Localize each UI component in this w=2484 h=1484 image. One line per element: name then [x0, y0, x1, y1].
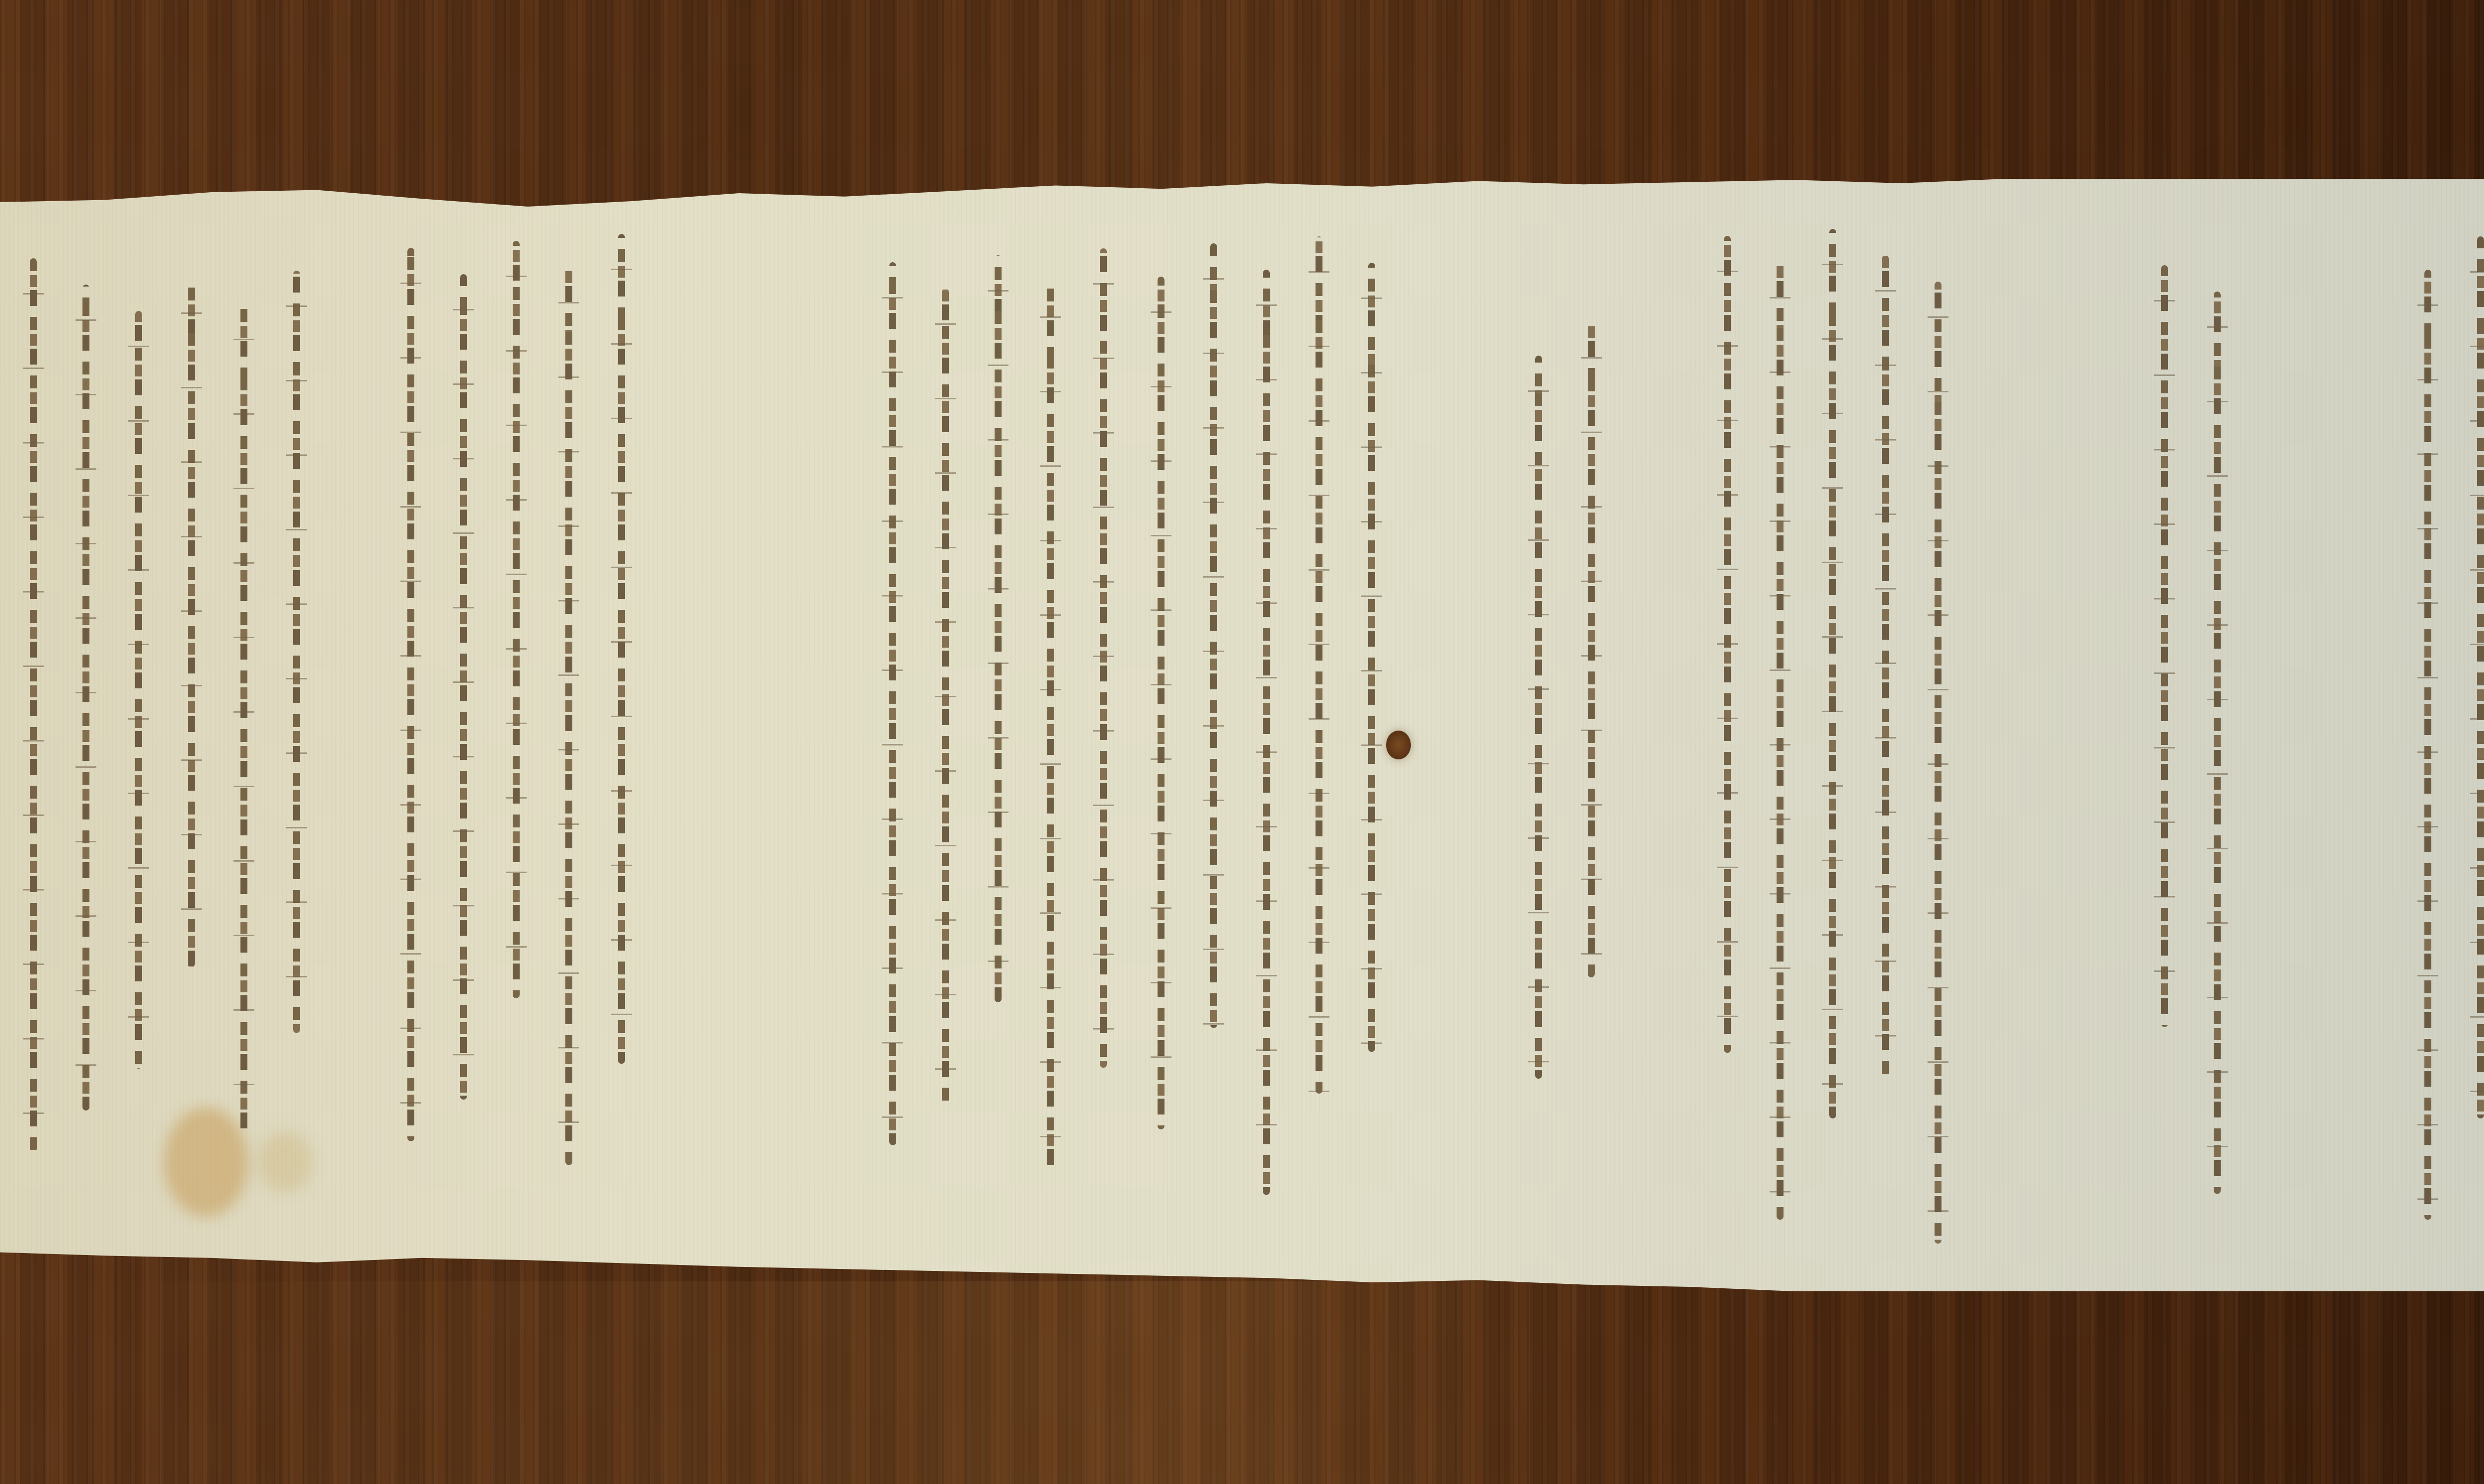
handwritten-line [1588, 322, 1595, 977]
handwritten-line [995, 255, 1002, 1002]
handwritten-line [565, 267, 572, 1165]
handwritten-line [1368, 263, 1375, 1052]
handwritten-line [460, 274, 467, 1100]
handwritten-line [1777, 262, 1784, 1220]
handwritten-line [188, 278, 195, 967]
handwritten-line [1316, 236, 1322, 1094]
text-block [2424, 228, 2484, 1220]
text-block [407, 233, 625, 1165]
handwritten-line [889, 262, 896, 1145]
paper-hole [1386, 731, 1411, 759]
wood-grain-highlight [0, 1281, 2484, 1484]
text-block [1724, 223, 1941, 1244]
handwritten-line [2424, 270, 2431, 1220]
handwritten-line [1263, 270, 1270, 1195]
handwritten-line [1829, 229, 1836, 1118]
text-block [889, 233, 1107, 1169]
handwritten-line [942, 289, 949, 1104]
handwritten-line [293, 271, 300, 1033]
handwritten-line [82, 285, 89, 1111]
handwritten-line [1535, 356, 1542, 1079]
handwritten-line [1100, 248, 1107, 1068]
text-block [1158, 233, 1375, 1195]
handwritten-line [240, 304, 247, 1134]
handwritten-line [2161, 265, 2168, 1027]
handwritten-line [1210, 243, 1217, 1028]
handwritten-line [407, 248, 414, 1141]
handwritten-line [1882, 255, 1889, 1077]
handwritten-line [30, 258, 37, 1152]
text-block [2161, 238, 2221, 1194]
text-block [30, 258, 300, 1152]
handwritten-line [618, 234, 625, 1064]
handwritten-line [135, 311, 142, 1069]
handwritten-line [2477, 236, 2484, 1118]
text-block [1535, 298, 1595, 1079]
handwritten-line [1724, 236, 1731, 1053]
handwritten-line [1158, 277, 1164, 1129]
handwritten-line [1047, 282, 1054, 1169]
handwritten-line [2214, 292, 2221, 1194]
handwritten-line [513, 241, 520, 998]
handwritten-line [1935, 282, 1941, 1244]
